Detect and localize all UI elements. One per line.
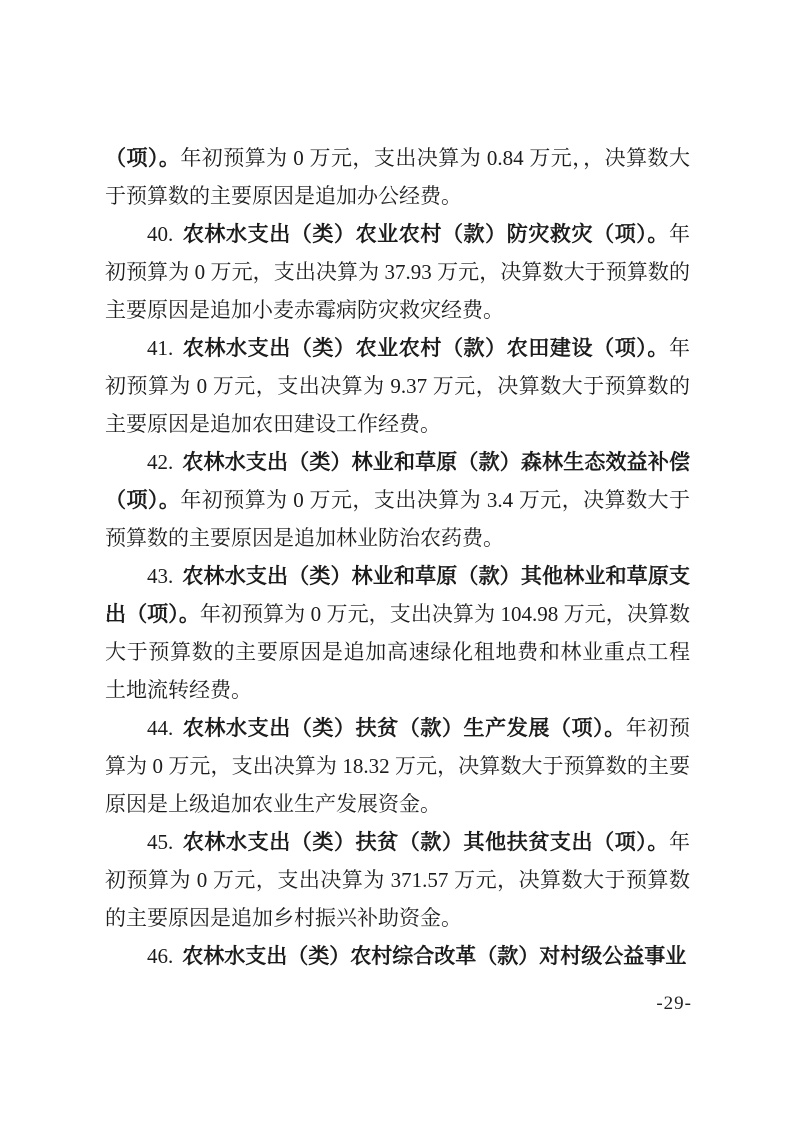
paragraph: 45.农林水支出（类）扶贫（款）其他扶贫支出（项）。年初预算为 0 万元，支出决… — [105, 823, 690, 937]
paragraph-text: 年初预算为 0 万元，支出决算为 3.4 万元，决算数大于预算数的主要原因是追加… — [105, 488, 690, 550]
paragraph: 44.农林水支出（类）扶贫（款）生产发展（项）。年初预算为 0 万元，支出决算为… — [105, 709, 690, 823]
paragraph: （项）。年初预算为 0 万元，支出决算为 0.84 万元，，决算数大于预算数的主… — [105, 139, 690, 215]
page-number: -29- — [656, 993, 692, 1015]
paragraph-heading: 农林水支出（类）农业农村（款）防灾救灾（项）。 — [182, 222, 669, 246]
paragraph-number: 43. — [147, 564, 173, 588]
paragraph-number: 46. — [147, 944, 173, 968]
document-page: （项）。年初预算为 0 万元，支出决算为 0.84 万元，，决算数大于预算数的主… — [0, 0, 793, 1122]
paragraph-number: 45. — [147, 830, 173, 854]
paragraph-heading: 农林水支出（类）农村综合改革（款）对村级公益事业 — [182, 944, 686, 968]
paragraph-number: 40. — [147, 222, 173, 246]
paragraph: 43.农林水支出（类）林业和草原（款）其他林业和草原支出（项）。年初预算为 0 … — [105, 557, 690, 709]
paragraph-number: 42. — [147, 450, 173, 474]
paragraph: 40.农林水支出（类）农业农村（款）防灾救灾（项）。年初预算为 0 万元，支出决… — [105, 215, 690, 329]
paragraph-heading: 农林水支出（类）扶贫（款）生产发展（项）。 — [182, 716, 626, 740]
paragraph-text: 年初预算为 0 万元，支出决算为 0.84 万元，，决算数大于预算数的主要原因是… — [105, 146, 690, 208]
paragraph-heading: 农林水支出（类）扶贫（款）其他扶贫支出（项）。 — [182, 830, 669, 854]
document-body: （项）。年初预算为 0 万元，支出决算为 0.84 万元，，决算数大于预算数的主… — [105, 139, 690, 975]
paragraph-number: 44. — [147, 716, 173, 740]
paragraph: 46.农林水支出（类）农村综合改革（款）对村级公益事业 — [105, 937, 690, 975]
paragraph-heading: 农林水支出（类）农业农村（款）农田建设（项）。 — [182, 336, 669, 360]
paragraph-heading: （项）。 — [105, 146, 180, 170]
paragraph-number: 41. — [147, 336, 173, 360]
paragraph: 41.农林水支出（类）农业农村（款）农田建设（项）。年初预算为 0 万元，支出决… — [105, 329, 690, 443]
paragraph: 42.农林水支出（类）林业和草原（款）森林生态效益补偿（项）。年初预算为 0 万… — [105, 443, 690, 557]
